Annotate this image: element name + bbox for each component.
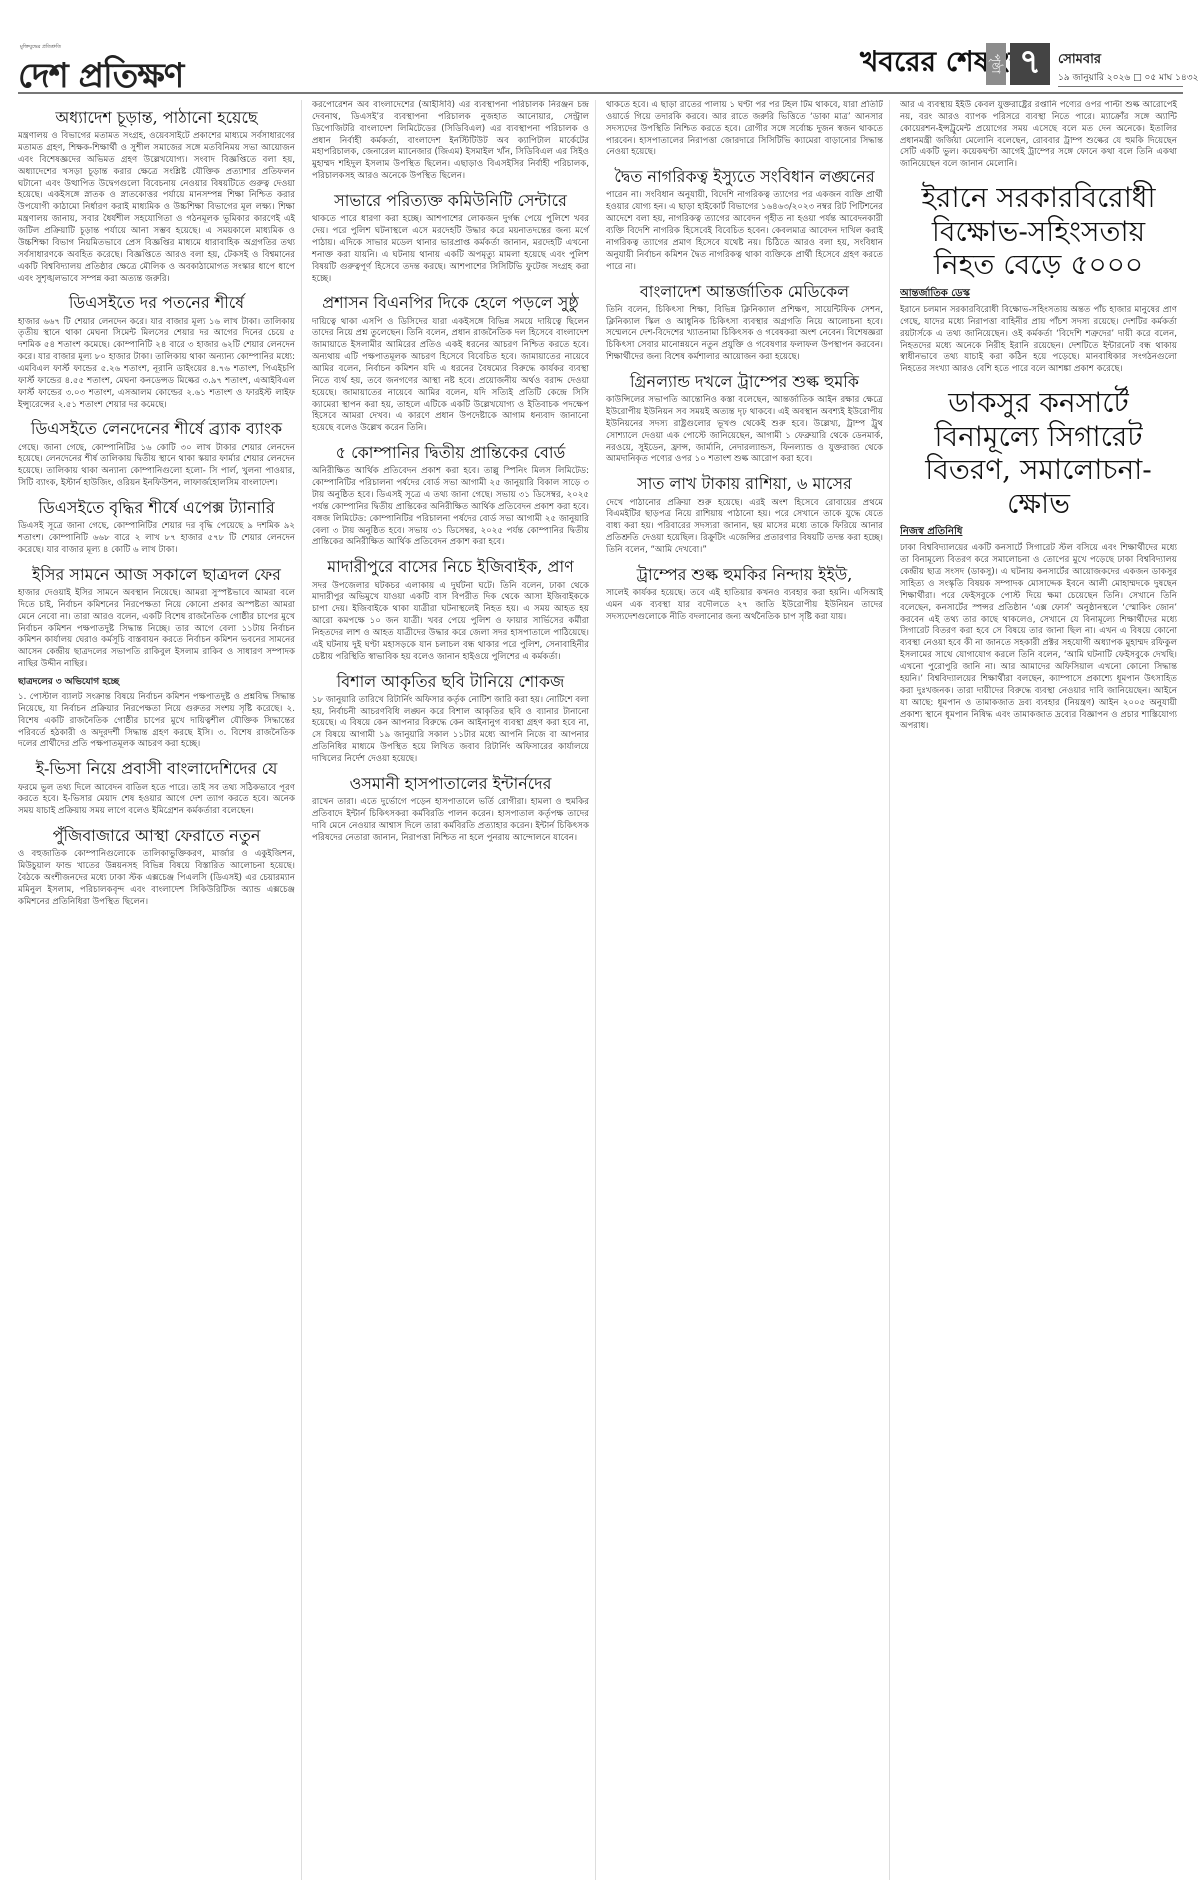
date-rule [1058, 86, 1183, 87]
article-body: ডিএসই সূত্রে জানা গেছে, কোম্পানিটির শেয়… [18, 521, 295, 557]
article: ডিএসইতে লেনদেনের শীর্ষে ব্র্যাক ব্যাংক গ… [18, 419, 295, 490]
column-4: আর এ ব্যবস্থায় ইইউ কেবল যুক্তরাষ্ট্রের … [900, 100, 1183, 1880]
article-body: ঢাকা বিশ্ববিদ্যালয়ের একটি কনসার্টে সিগা… [900, 543, 1177, 733]
headline[interactable]: সাভারে পরিত্যক্ত কমিউনিটি সেন্টারে [312, 191, 589, 210]
article-body: আর এ ব্যবস্থায় ইইউ কেবল যুক্তরাষ্ট্রের … [900, 100, 1177, 171]
page-number: ৭ [1010, 43, 1050, 85]
article-body: সদর উপজেলার ঘটকচর এলাকায় এ দুর্ঘটনা ঘটে… [312, 581, 589, 664]
article-body: থাকতে হবে। এ ছাড়া রাতের পালায় ১ ঘণ্টা … [606, 100, 883, 159]
headline[interactable]: প্রশাসন বিএনপির দিকে হেলে পড়লে সুষ্ঠু [312, 293, 589, 312]
headline[interactable]: পুঁজিবাজারে আস্থা ফেরাতে নতুন [18, 826, 295, 845]
article-body: রাখেন তারা। এতে দুর্ভোগে পড়েন হাসপাতালে… [312, 797, 589, 844]
article: প্রশাসন বিএনপির দিকে হেলে পড়লে সুষ্ঠু দ… [312, 293, 589, 435]
masthead: মুক্তিযুদ্ধের প্রতিশ্রুতি দেশ প্রতিক্ষণ … [0, 0, 1200, 90]
article-body: ১৮ জানুয়ারি তারিখে রিটার্নিং অফিসার কর্… [312, 695, 589, 766]
article-body: কাউন্সিলের সভাপতি আন্তোনিও কস্তা বলেছেন,… [606, 395, 883, 466]
article-body: দায়িত্বে থাকা এসপি ও ডিসিদের যারা একইসঙ… [312, 317, 589, 436]
article: অধ্যাদেশ চূড়ান্ত, পাঠানো হয়েছে মন্ত্রণ… [18, 108, 295, 285]
article: ই-ভিসা নিয়ে প্রবাসী বাংলাদেশিদের যে ফরম… [18, 759, 295, 818]
article-body: হাজার দেওয়াই ইসির সামনে অবস্থান নিয়েছে… [18, 588, 295, 671]
article: ডিএসইতে দর পতনের শীর্ষে হাজার ৬৬৭ টি শেয… [18, 293, 295, 411]
article-body: অনিরীক্ষিত আর্থিক প্রতিবেদন প্রকাশ করা হ… [312, 466, 589, 549]
article: থাকতে হবে। এ ছাড়া রাতের পালায় ১ ঘণ্টা … [606, 100, 883, 159]
article-body: থাকতে পারে ধারণা করা হচ্ছে। আশপাশের লোকজ… [312, 214, 589, 285]
article: করপোরেশন অব বাংলাদেশের (আইসিবি) এর ব্যবস… [312, 100, 589, 183]
headline[interactable]: বিশাল আকৃতির ছবি টানিয়ে শোকজ [312, 672, 589, 691]
article: ওসমানী হাসপাতালের ইন্টার্নদের রাখেন তারা… [312, 774, 589, 845]
article-body: সালেই কার্যকর হয়েছে। তবে এই হাতিয়ার কখ… [606, 588, 883, 624]
article-body: তিনি বলেন, চিকিৎসা শিক্ষা, বিভিন্ন ক্লিন… [606, 305, 883, 364]
article-body: হাজার ৬৬৭ টি শেয়ার লেনদেন করে। যার বাজা… [18, 317, 295, 412]
article: বাংলাদেশ আন্তর্জাতিক মেডিকেল তিনি বলেন, … [606, 282, 883, 364]
headline[interactable]: ওসমানী হাসপাতালের ইন্টার্নদের [312, 774, 589, 793]
article-body: দেখে পাঠানোর প্রক্রিয়া শুরু হয়েছে। এরই… [606, 498, 883, 557]
article: ইরানে সরকারবিরোধী বিক্ষোভ-সহিংসতায় নিহত… [900, 181, 1177, 376]
headline[interactable]: মাদারীপুরে বাসের নিচে ইজিবাইক, প্রাণ [312, 557, 589, 576]
article: বিশাল আকৃতির ছবি টানিয়ে শোকজ ১৮ জানুয়া… [312, 672, 589, 766]
headline[interactable]: সাত লাখ টাকায় রাশিয়া, ৬ মাসের [606, 474, 883, 493]
article: ইসির সামনে আজ সকালে ছাত্রদল ফের হাজার দে… [18, 565, 295, 752]
page-label: পৃষ্ঠা [986, 43, 1006, 85]
headline[interactable]: গ্রিনল্যান্ড দখলে ট্রাম্পের শুল্ক হুমকি [606, 372, 883, 391]
headline[interactable]: ইসির সামনে আজ সকালে ছাত্রদল ফের [18, 565, 295, 584]
headline[interactable]: অধ্যাদেশ চূড়ান্ত, পাঠানো হয়েছে [18, 108, 295, 127]
headline[interactable]: ডিএসইতে বৃদ্ধির শীর্ষে এপেক্স ট্যানারি [18, 498, 295, 517]
headline[interactable]: ট্রাম্পের শুল্ক হুমকির নিন্দায় ইইউ, [606, 565, 883, 584]
article-body: ও বহুজাতিক কোম্পানিগুলোকে তালিকাভুক্তিকর… [18, 849, 295, 908]
article: সাত লাখ টাকায় রাশিয়া, ৬ মাসের দেখে পাঠ… [606, 474, 883, 556]
article-body: ইরানে চলমান সরকারবিরোধী বিক্ষোভ-সহিংসতায… [900, 305, 1177, 376]
headline[interactable]: দ্বৈত নাগরিকত্ব ইস্যুতে সংবিধান লঙ্ঘনের [606, 167, 883, 186]
article-body: ফরমে ভুল তথ্য দিলে আবেদন বাতিল হতে পারে।… [18, 783, 295, 819]
day-label: সোমবার [1058, 50, 1101, 71]
article-body: মন্ত্রণালয় ও বিভাগের মতামত সংগ্রহ, ওয়ে… [18, 131, 295, 285]
article: মাদারীপুরে বাসের নিচে ইজিবাইক, প্রাণ সদর… [312, 557, 589, 663]
headline[interactable]: ডাকসুর কনসার্টে বিনামূল্যে সিগারেট বিতরণ… [900, 386, 1177, 520]
article: ডাকসুর কনসার্টে বিনামূল্যে সিগারেট বিতরণ… [900, 386, 1177, 733]
byline: আন্তর্জাতিক ডেস্ক [900, 286, 1177, 303]
subheading: ছাত্রদলের ৩ অভিযোগ হচ্ছে [18, 674, 295, 689]
byline: নিজস্ব প্রতিনিধি [900, 524, 1177, 541]
article: আর এ ব্যবস্থায় ইইউ কেবল যুক্তরাষ্ট্রের … [900, 100, 1177, 171]
article: ৫ কোম্পানির দ্বিতীয় প্রান্তিকের বোর্ড অ… [312, 443, 589, 549]
article-body: করপোরেশন অব বাংলাদেশের (আইসিবি) এর ব্যবস… [312, 100, 589, 183]
headline[interactable]: ৫ কোম্পানির দ্বিতীয় প্রান্তিকের বোর্ড [312, 443, 589, 462]
headline[interactable]: ডিএসইতে লেনদেনের শীর্ষে ব্র্যাক ব্যাংক [18, 419, 295, 438]
article-body: ১. পোস্টাল ব্যালট সংক্রান্ত বিষয়ে নির্ব… [18, 692, 295, 751]
article: পুঁজিবাজারে আস্থা ফেরাতে নতুন ও বহুজাতিক… [18, 826, 295, 908]
date-label: ১৯ জানুয়ারি ২০২৬ □ ০৫ মাঘ ১৪৩২ [1058, 70, 1198, 85]
column-2: করপোরেশন অব বাংলাদেশের (আইসিবি) এর ব্যবস… [312, 100, 596, 1880]
masthead-divider [18, 92, 1183, 94]
column-1: অধ্যাদেশ চূড়ান্ত, পাঠানো হয়েছে মন্ত্রণ… [18, 100, 302, 1880]
column-3: থাকতে হবে। এ ছাড়া রাতের পালায় ১ ঘণ্টা … [606, 100, 890, 1880]
headline[interactable]: ই-ভিসা নিয়ে প্রবাসী বাংলাদেশিদের যে [18, 759, 295, 778]
headline[interactable]: ডিএসইতে দর পতনের শীর্ষে [18, 293, 295, 312]
article-body: গেছে। জানা গেছে, কোম্পানিটির ১৬ কোটি ৩০ … [18, 443, 295, 490]
newspaper-logo[interactable]: দেশ প্রতিক্ষণ [18, 50, 183, 107]
article: গ্রিনল্যান্ড দখলে ট্রাম্পের শুল্ক হুমকি … [606, 372, 883, 466]
headline[interactable]: বাংলাদেশ আন্তর্জাতিক মেডিকেল [606, 282, 883, 301]
article: সাভারে পরিত্যক্ত কমিউনিটি সেন্টারে থাকতে… [312, 191, 589, 285]
article: ডিএসইতে বৃদ্ধির শীর্ষে এপেক্স ট্যানারি ড… [18, 498, 295, 557]
article: ট্রাম্পের শুল্ক হুমকির নিন্দায় ইইউ, সাল… [606, 565, 883, 624]
article-body: পারেন না। সংবিধান অনুযায়ী, বিদেশি নাগরি… [606, 190, 883, 273]
article: দ্বৈত নাগরিকত্ব ইস্যুতে সংবিধান লঙ্ঘনের … [606, 167, 883, 273]
headline[interactable]: ইরানে সরকারবিরোধী বিক্ষোভ-সহিংসতায় নিহত… [900, 181, 1177, 282]
article-columns: অধ্যাদেশ চূড়ান্ত, পাঠানো হয়েছে মন্ত্রণ… [18, 100, 1183, 1880]
